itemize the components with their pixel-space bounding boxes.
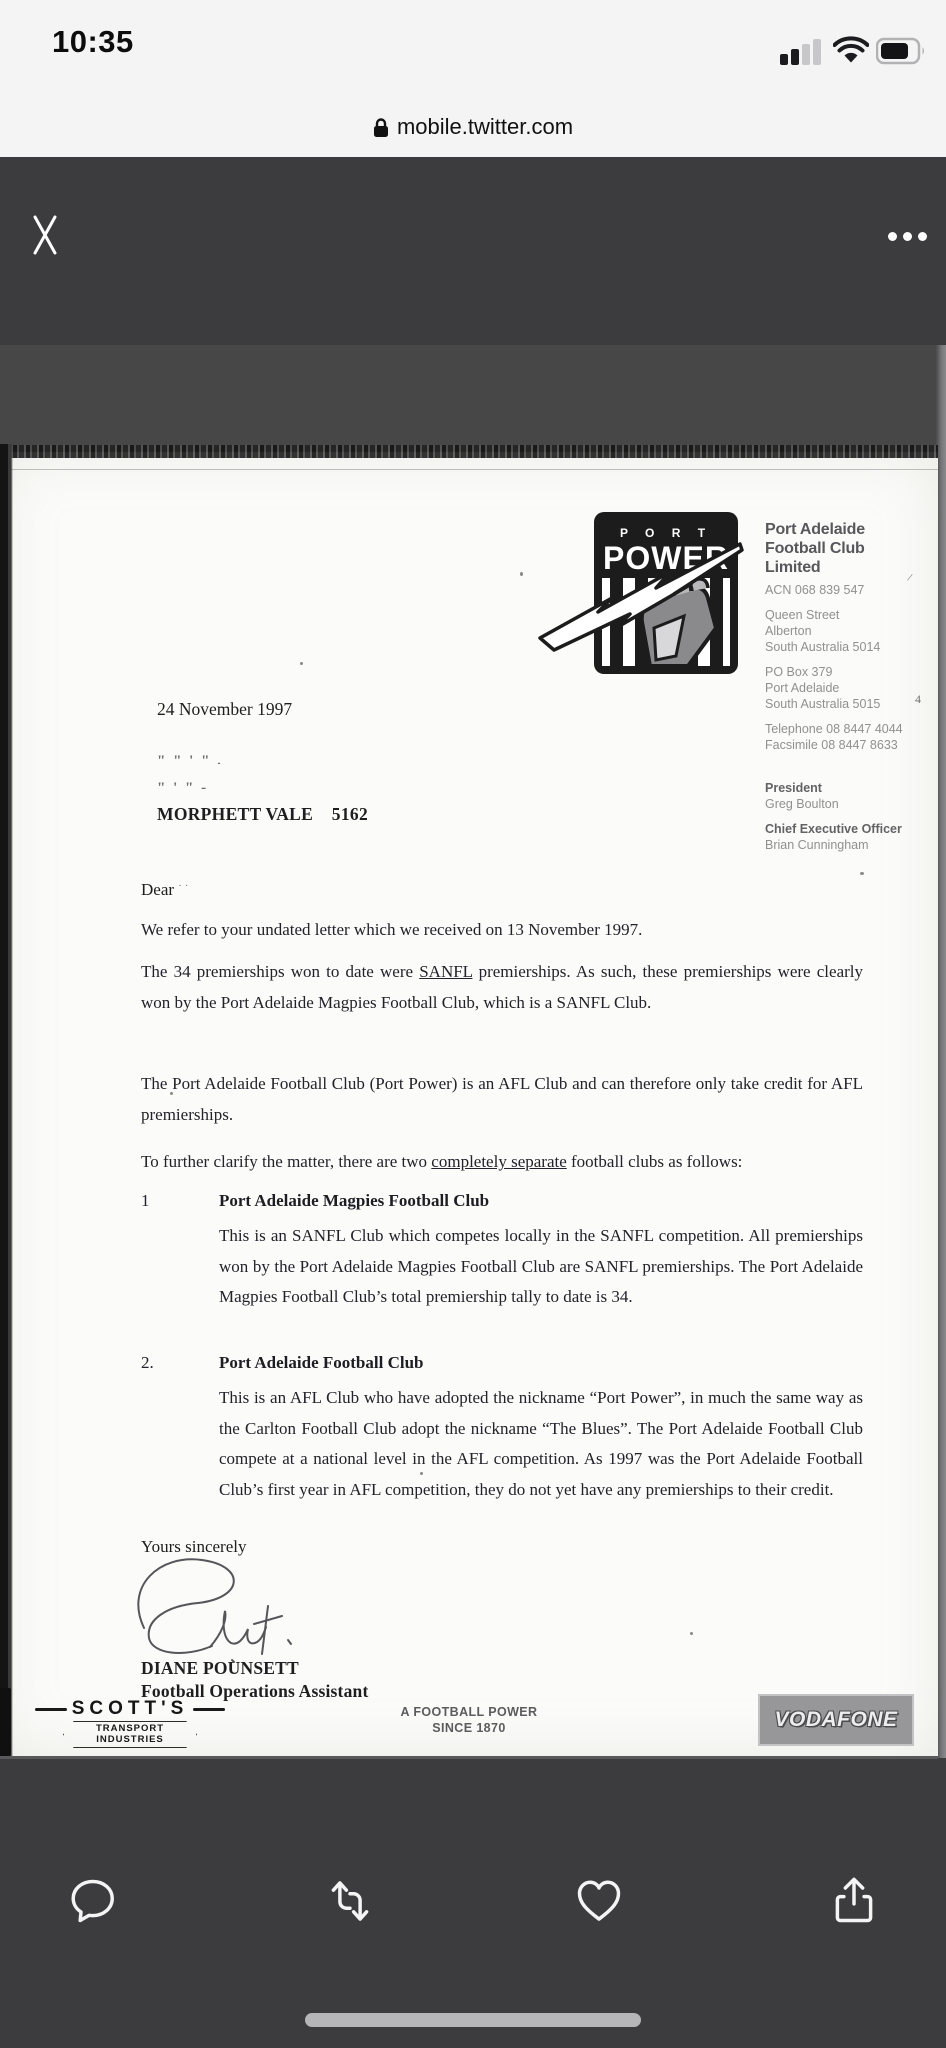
- redacted-line: " ' " -: [157, 780, 208, 791]
- port-power-logo: P O R T POWER: [538, 510, 746, 691]
- signature: [122, 1548, 357, 1671]
- letterhead: Port Adelaide Football Club Limited ACN …: [765, 520, 935, 853]
- list-body: This is an AFL Club who have adopted the…: [219, 1383, 863, 1505]
- url-bar[interactable]: mobile.twitter.com: [0, 104, 946, 150]
- list-body: This is an SANFL Club which competes loc…: [219, 1221, 863, 1313]
- paragraph: We refer to your undated letter which we…: [141, 915, 863, 946]
- share-icon: [828, 1875, 880, 1927]
- wifi-icon: [833, 36, 869, 66]
- ceo-name: Brian Cunningham: [765, 837, 935, 853]
- heart-icon: [573, 1875, 625, 1927]
- scan-line-artifact: [0, 469, 938, 470]
- org-phone: Telephone 08 8447 4044: [765, 721, 935, 737]
- browser-chrome: 10:35 mobile.twitter.com: [0, 0, 946, 157]
- paragraph: The Port Adelaide Football Club (Port Po…: [141, 1069, 863, 1130]
- org-street: Queen Street: [765, 607, 935, 623]
- ellipsis-icon: [888, 232, 897, 241]
- salutation: Dear · ·: [141, 880, 188, 900]
- close-button[interactable]: [28, 212, 62, 258]
- list-number: 1: [141, 1191, 150, 1211]
- cell-signal-icon: [780, 36, 826, 66]
- list-number: 2.: [141, 1353, 154, 1373]
- org-fax: Facsimile 08 8447 8633: [765, 737, 935, 753]
- paragraph: To further clarify the matter, there are…: [141, 1147, 863, 1178]
- org-name: Port Adelaide: [765, 520, 935, 539]
- vodafone-logo: VODAFONE: [758, 1694, 914, 1746]
- home-indicator[interactable]: [305, 2013, 641, 2027]
- letter-date: 24 November 1997: [157, 699, 292, 720]
- tweet-action-bar: [0, 1875, 946, 1945]
- status-icons: [780, 36, 928, 66]
- president-label: President: [765, 780, 935, 796]
- signer-name: DIANE POUNSETT: [141, 1658, 299, 1679]
- org-postal: PO Box 379: [765, 664, 935, 680]
- org-acn: ACN 068 839 547: [765, 582, 935, 598]
- retweet-button[interactable]: [324, 1875, 376, 1927]
- scan-left-edge: [0, 444, 13, 1756]
- president-name: Greg Boulton: [765, 796, 935, 812]
- reply-button[interactable]: [66, 1875, 118, 1927]
- status-time: 10:35: [52, 24, 134, 60]
- letter-page[interactable]: 4 / P O R T POWER Port Adelaide Football…: [0, 452, 938, 1759]
- paragraph: The 34 premierships won to date were SAN…: [141, 957, 863, 1018]
- close-icon: [28, 212, 62, 258]
- list-title: Port Adelaide Football Club: [219, 1353, 423, 1373]
- lock-icon: [373, 117, 389, 138]
- ceo-label: Chief Executive Officer: [765, 821, 935, 837]
- redacted-line: " " ' " .: [157, 753, 223, 764]
- scan-noise-band: [0, 445, 938, 458]
- url-text: mobile.twitter.com: [397, 114, 573, 140]
- reply-icon: [66, 1875, 118, 1927]
- addressee-city: MORPHETT VALE 5162: [157, 804, 368, 825]
- more-options-button[interactable]: [888, 224, 938, 248]
- share-button[interactable]: [828, 1875, 880, 1927]
- svg-text:P O R T: P O R T: [620, 526, 712, 540]
- retweet-icon: [324, 1875, 376, 1927]
- like-button[interactable]: [573, 1875, 625, 1927]
- salutation-redaction: · ·: [178, 880, 188, 892]
- list-title: Port Adelaide Magpies Football Club: [219, 1191, 489, 1211]
- battery-icon: [876, 36, 928, 66]
